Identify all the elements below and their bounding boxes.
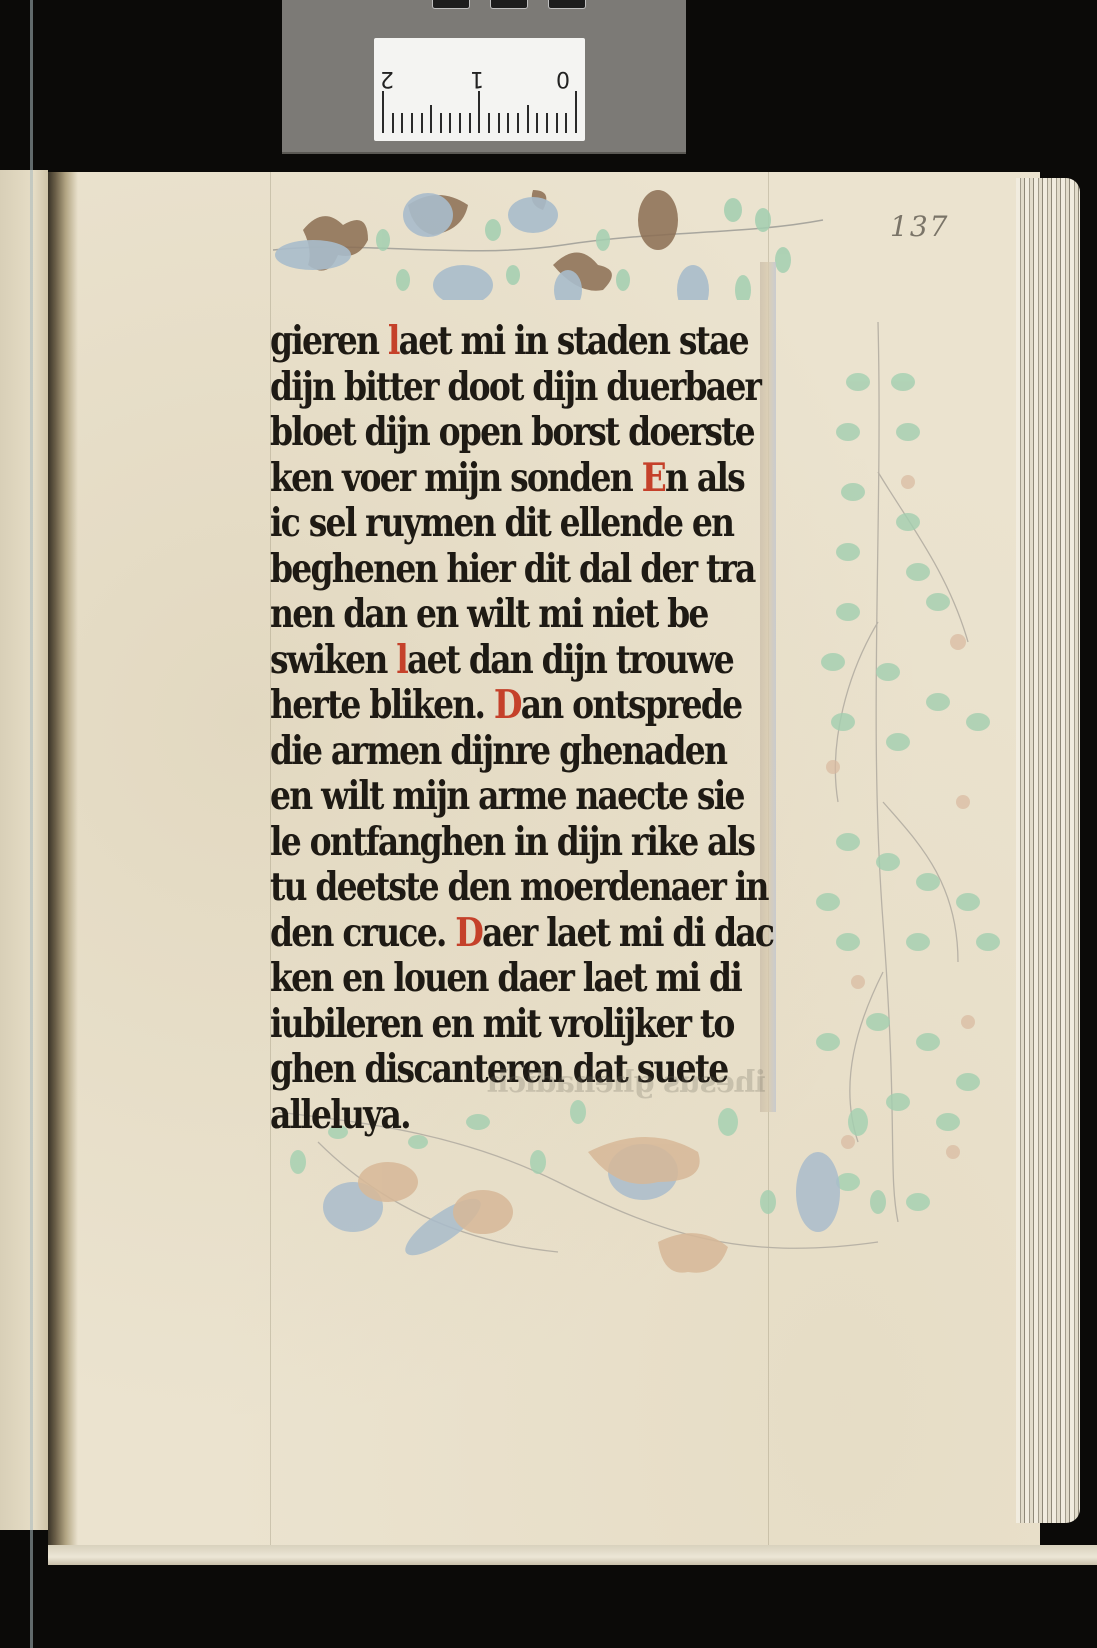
ruler-tick [527, 105, 529, 133]
text-segment: dijn bitter doot dijn duerbaer [270, 363, 760, 409]
scale-ruler: 0 1 2 [374, 38, 585, 141]
clip [432, 0, 470, 9]
clip [490, 0, 528, 9]
ruler-tick [507, 113, 509, 133]
glass-plate-edge [30, 0, 33, 1648]
rubricated-initial: E [642, 454, 665, 500]
text-segment: die armen dijnre ghenaden [270, 727, 726, 773]
manuscript-page: 137 [48, 172, 1040, 1545]
text-segment: swiken [270, 636, 396, 682]
rubricated-initial: D [455, 909, 482, 955]
ruler-tick [478, 91, 480, 133]
rubricated-initial: l [396, 636, 407, 682]
ruler-tick [411, 113, 413, 133]
ruler-label-2: 2 [380, 66, 394, 91]
ruler-tick [459, 113, 461, 133]
ruler-tick [421, 113, 423, 133]
page-edges [1016, 178, 1080, 1523]
ruler-tick [575, 91, 577, 133]
rubricated-initial: l [388, 317, 399, 363]
text-segment: le ontfanghen in dijn rike als [270, 818, 754, 864]
clip [548, 0, 586, 9]
show-through-text: ihesus ghenadich [488, 1065, 766, 1100]
page-bottom-edge [48, 1545, 1097, 1565]
ruler-label-0: 0 [556, 66, 570, 91]
rubricated-initial: D [494, 681, 521, 727]
binding-gutter [48, 172, 78, 1545]
ruler-tick [498, 113, 500, 133]
ruler-tick [546, 113, 548, 133]
text-segment: aet dan dijn trouwe [407, 636, 733, 682]
text-segment: beghenen hier dit dal der tra [270, 545, 755, 591]
text-segment: ic sel ruymen dit ellende en [270, 499, 733, 545]
clips [432, 0, 586, 9]
ruler-tick [565, 113, 567, 133]
ruler-tick [392, 113, 394, 133]
text-segment: gieren [270, 317, 388, 363]
ruler-ticks [382, 101, 577, 133]
ruler-label-1: 1 [470, 66, 484, 91]
text-segment: ken voer mijn sonden [270, 454, 642, 500]
ruler-tick [469, 113, 471, 133]
text-segment: herte bliken. [270, 681, 494, 727]
ruler-tick [488, 113, 490, 133]
ruler-tick [556, 113, 558, 133]
scale-card: 0 1 2 [282, 0, 686, 154]
text-segment: nen dan en wilt mi niet be [270, 590, 708, 636]
folio-number: 137 [890, 210, 949, 243]
ruler-tick [401, 113, 403, 133]
text-segment: tu deetste den moerdenaer in [270, 863, 768, 909]
ruler-tick [449, 113, 451, 133]
text-segment: den cruce. [270, 909, 455, 955]
text-segment: iubileren en mit vrolijker to [270, 1000, 734, 1046]
ruler-tick [382, 91, 384, 133]
text-segment: ken en louen daer laet mi di [270, 954, 741, 1000]
ruler-tick [430, 105, 432, 133]
ruler-tick [536, 113, 538, 133]
text-segment: bloet dijn open borst doerste [270, 408, 754, 454]
ruler-tick [440, 113, 442, 133]
text-segment: n als [665, 454, 744, 500]
text-segment: en wilt mijn arme naecte sie [270, 772, 744, 818]
facing-leaf-edge [0, 170, 48, 1530]
ruler-tick [517, 113, 519, 133]
text-segment: aet mi in staden stae [399, 317, 748, 363]
text-segment: alleluya. [270, 1091, 410, 1137]
text-segment: aer laet mi di dac [482, 909, 773, 955]
text-block: gieren laet mi in staden staedijn bitter… [270, 318, 790, 1137]
text-segment: an ontsprede [521, 681, 742, 727]
